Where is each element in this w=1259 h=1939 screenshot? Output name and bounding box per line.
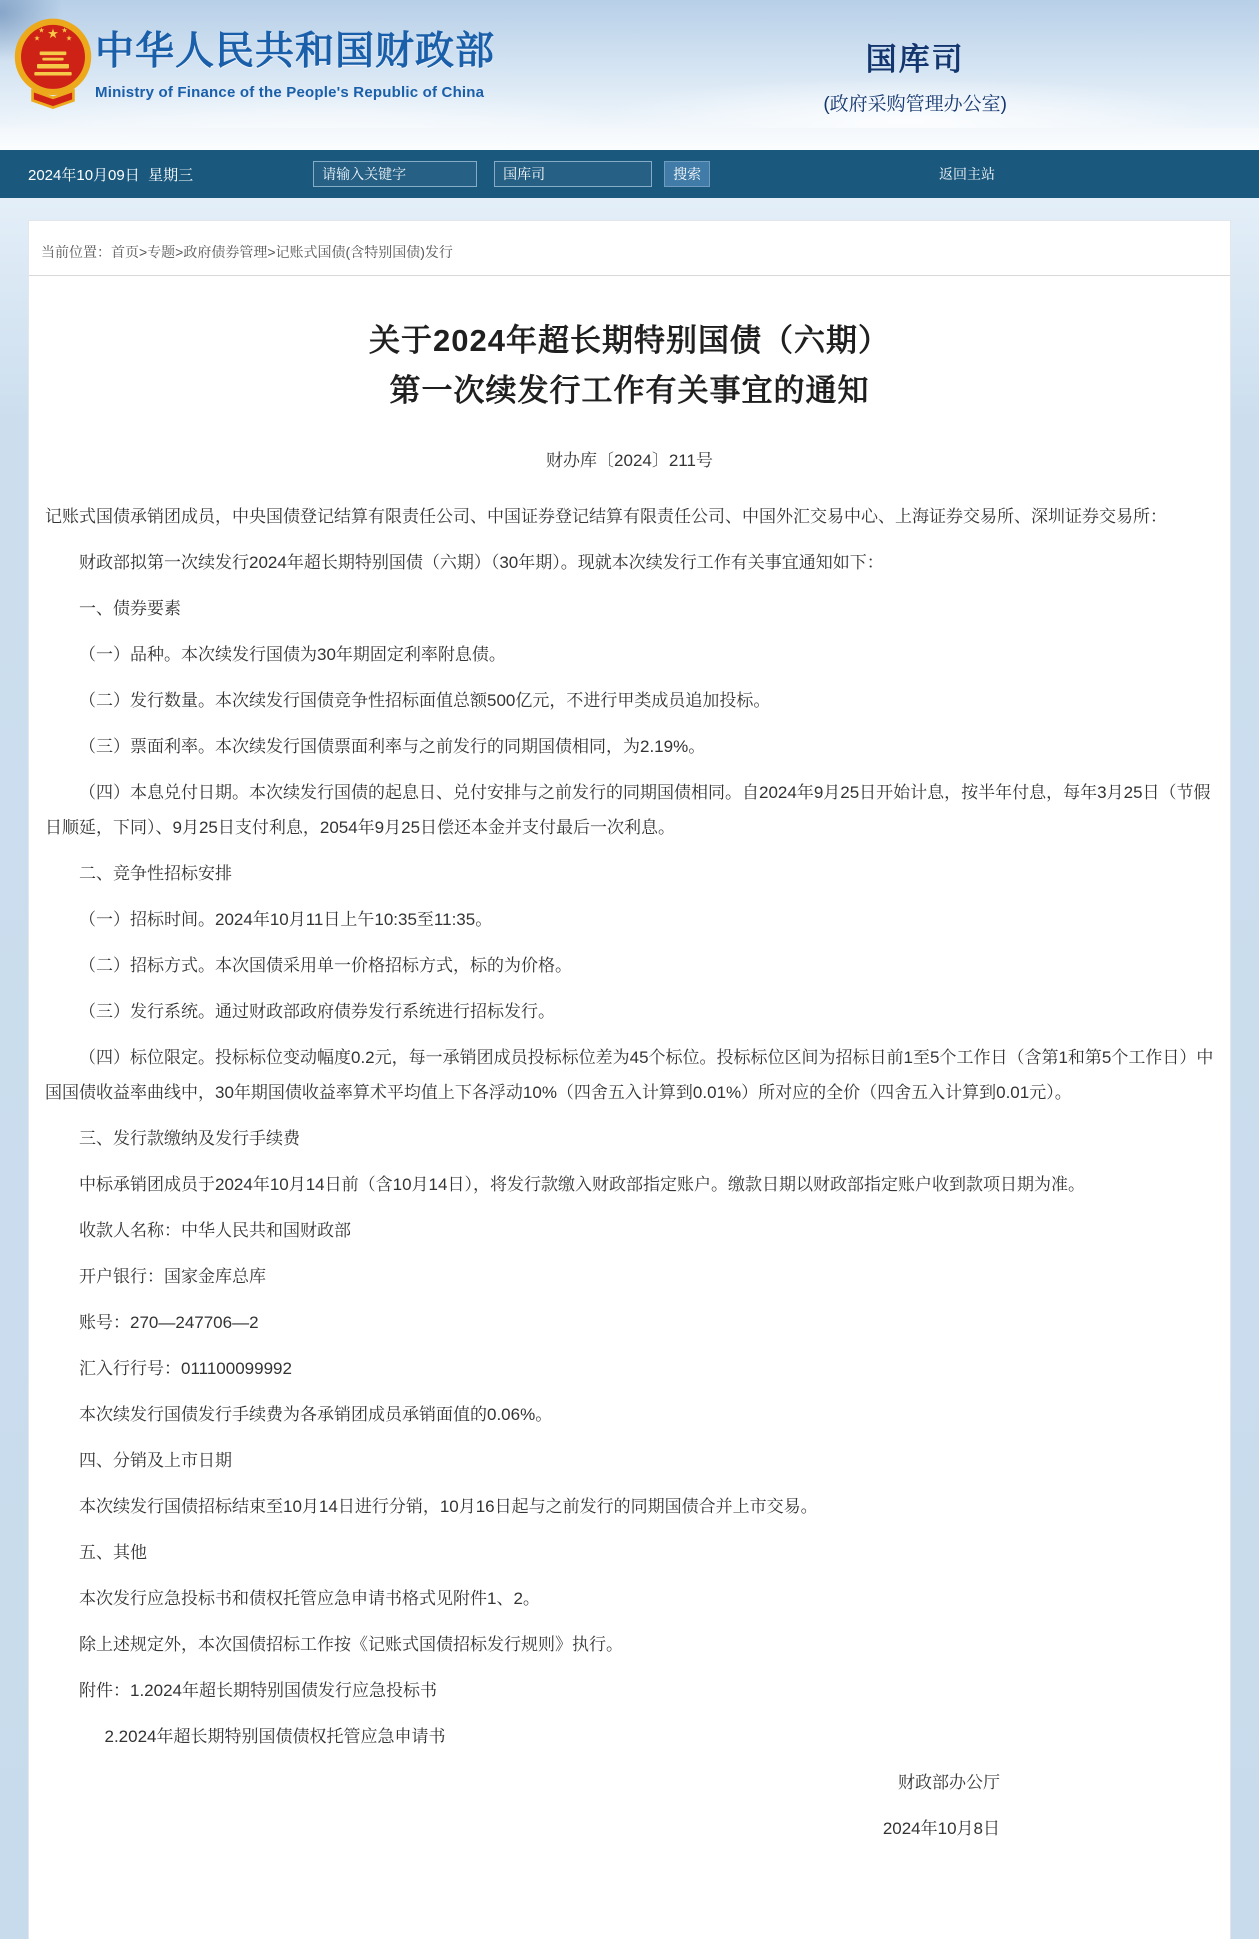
- document-paragraph: 本次发行应急投标书和债权托管应急申请书格式见附件1、2。: [45, 1581, 1214, 1616]
- document-paragraph: 三、发行款缴纳及发行手续费: [45, 1121, 1214, 1156]
- department-block: 国库司 (政府采购管理办公室): [823, 34, 1007, 116]
- site-title-block: 中华人民共和国财政部 Ministry of Finance of the Pe…: [95, 20, 495, 101]
- search-scope-select[interactable]: 国库司: [494, 161, 652, 187]
- search-input[interactable]: [313, 161, 477, 187]
- signature-date: 2024年10月8日: [45, 1811, 1000, 1846]
- site-name-english: Ministry of Finance of the People's Repu…: [95, 84, 495, 101]
- breadcrumb-label: 当前位置：: [41, 244, 111, 260]
- document-paragraph: 中标承销团成员于2024年10月14日前（含10月14日），将发行款缴入财政部指…: [45, 1167, 1214, 1202]
- content-panel: 当前位置：首页>专题>政府债券管理>记账式国债(含特别国债)发行 关于2024年…: [28, 220, 1231, 1939]
- document-paragraph: （二）招标方式。本次国债采用单一价格招标方式，标的为价格。: [45, 948, 1214, 983]
- current-date: 2024年10月09日 星期三: [28, 164, 193, 185]
- navbar: 2024年10月09日 星期三 国库司 搜索 返回主站: [0, 150, 1259, 198]
- document-body: 记账式国债承销团成员，中央国债登记结算有限责任公司、中国证券登记结算有限责任公司…: [29, 499, 1230, 1754]
- document-paragraph: 五、其他: [45, 1535, 1214, 1570]
- back-to-main-link[interactable]: 返回主站: [939, 164, 995, 184]
- signature-block: 财政部办公厅 2024年10月8日: [29, 1765, 1230, 1846]
- national-emblem-icon: [13, 17, 93, 111]
- document-paragraph: 本次续发行国债发行手续费为各承销团成员承销面值的0.06%。: [45, 1397, 1214, 1432]
- document-paragraph: 二、竞争性招标安排: [45, 856, 1214, 891]
- document-paragraph: （一）招标时间。2024年10月11日上午10:35至11:35。: [45, 902, 1214, 937]
- document-paragraph: 除上述规定外，本次国债招标工作按《记账式国债招标发行规则》执行。: [45, 1627, 1214, 1662]
- document-paragraph: 账号：270—247706—2: [45, 1305, 1214, 1340]
- document-paragraph: 附件：1.2024年超长期特别国债发行应急投标书: [45, 1673, 1214, 1708]
- document-paragraph: （四）本息兑付日期。本次续发行国债的起息日、兑付安排与之前发行的同期国债相同。自…: [45, 775, 1214, 845]
- document-title-line2: 第一次续发行工作有关事宜的通知: [29, 366, 1230, 416]
- document-title-line1: 关于2024年超长期特别国债（六期）: [29, 316, 1230, 366]
- breadcrumb: 当前位置：首页>专题>政府债券管理>记账式国债(含特别国债)发行: [29, 221, 1230, 276]
- department-name: 国库司: [823, 34, 1007, 79]
- department-subtitle: (政府采购管理办公室): [823, 89, 1007, 116]
- document-paragraph: 收款人名称：中华人民共和国财政部: [45, 1213, 1214, 1248]
- document-paragraph: 记账式国债承销团成员，中央国债登记结算有限责任公司、中国证券登记结算有限责任公司…: [45, 499, 1214, 534]
- document-paragraph: 四、分销及上市日期: [45, 1443, 1214, 1478]
- document-paragraph: 开户银行：国家金库总库: [45, 1259, 1214, 1294]
- document-paragraph: （二）发行数量。本次续发行国债竞争性招标面值总额500亿元，不进行甲类成员追加投…: [45, 683, 1214, 718]
- document-paragraph: （三）发行系统。通过财政部政府债券发行系统进行招标发行。: [45, 994, 1214, 1029]
- document-paragraph: 汇入行行号：011100099992: [45, 1351, 1214, 1386]
- document-number: 财办库〔2024〕211号: [29, 446, 1230, 471]
- document-paragraph: 本次续发行国债招标结束至10月14日进行分销，10月16日起与之前发行的同期国债…: [45, 1489, 1214, 1524]
- site-name: 中华人民共和国财政部: [95, 20, 495, 76]
- document-paragraph: （三）票面利率。本次续发行国债票面利率与之前发行的同期国债相同，为2.19%。: [45, 729, 1214, 764]
- search-button[interactable]: 搜索: [664, 161, 710, 187]
- document-paragraph: 一、债券要素: [45, 591, 1214, 626]
- document-title: 关于2024年超长期特别国债（六期） 第一次续发行工作有关事宜的通知: [29, 316, 1230, 416]
- breadcrumb-path[interactable]: 首页>专题>政府债券管理>记账式国债(含特别国债)发行: [111, 244, 453, 260]
- signature-org: 财政部办公厅: [45, 1765, 1000, 1800]
- document-paragraph: （一）品种。本次续发行国债为30年期固定利率附息债。: [45, 637, 1214, 672]
- document-paragraph: 财政部拟第一次续发行2024年超长期特别国债（六期）（30年期）。现就本次续发行…: [45, 545, 1214, 580]
- site-header: 中华人民共和国财政部 Ministry of Finance of the Pe…: [0, 0, 1259, 128]
- header-divider-strip: [0, 128, 1259, 150]
- document-paragraph: （四）标位限定。投标标位变动幅度0.2元，每一承销团成员投标标位差为45个标位。…: [45, 1040, 1214, 1110]
- document-paragraph: 2.2024年超长期特别国债债权托管应急申请书: [45, 1719, 1214, 1754]
